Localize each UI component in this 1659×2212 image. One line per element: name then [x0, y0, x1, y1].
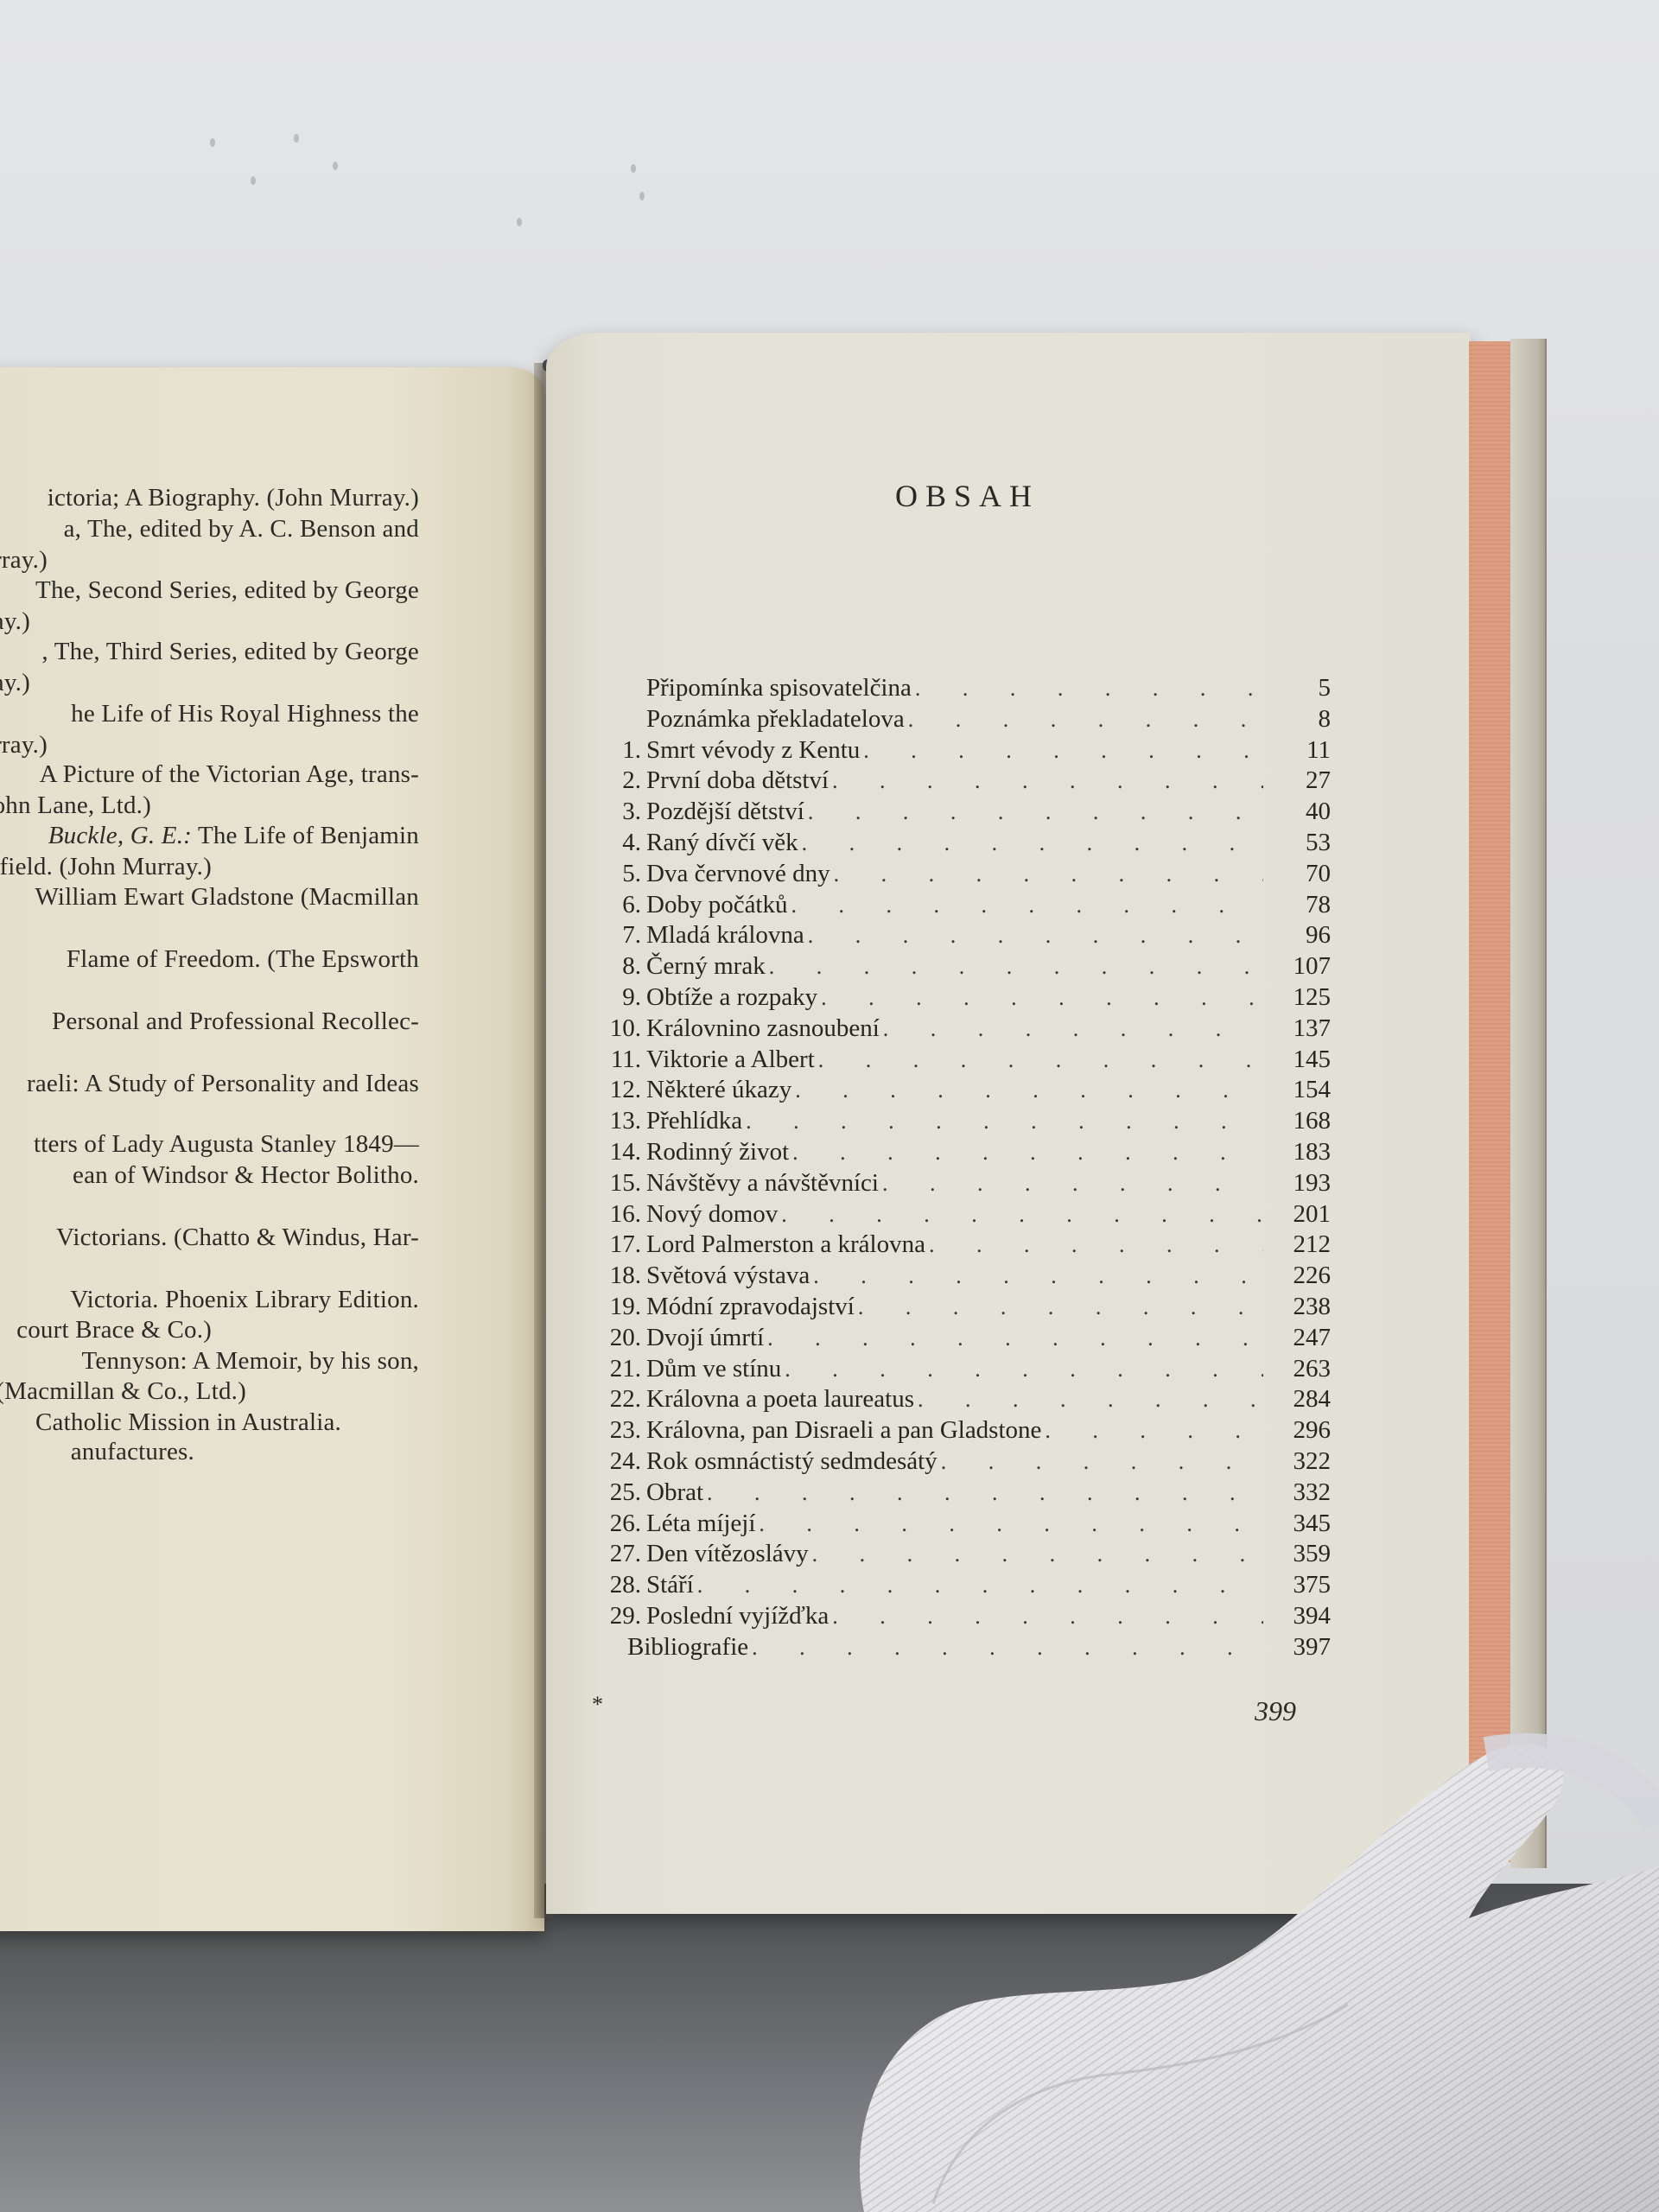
background-speck: [631, 164, 636, 173]
bibliography-line: tters of Lady Augusta Stanley 1849—: [34, 1130, 419, 1159]
toc-dot-leader: . . . . . . . . . . . . . . . . . . . . …: [812, 1541, 1263, 1567]
toc-dot-leader: . . . . . . . . . . . . . . . . . . . . …: [915, 676, 1263, 702]
toc-dot-leader: . . . . . . . . . . . . . . . . . . . . …: [858, 1294, 1263, 1320]
toc-entry: 2.První doba dětství. . . . . . . . . . …: [588, 766, 1331, 798]
toc-chapter-title: Světová výstava: [646, 1262, 810, 1290]
toc-entry: 27.Den vítězoslávy. . . . . . . . . . . …: [588, 1540, 1331, 1571]
toc-chapter-number: 25.: [588, 1478, 646, 1507]
toc-chapter-number: 4.: [588, 829, 646, 857]
toc-dot-leader: . . . . . . . . . . . . . . . . . . . . …: [802, 830, 1263, 856]
toc-dot-leader: . . . . . . . . . . . . . . . . . . . . …: [808, 923, 1263, 949]
toc-dot-leader: . . . . . . . . . . . . . . . . . . . . …: [832, 768, 1263, 794]
toc-dot-leader: . . . . . . . . . . . . . . . . . . . . …: [918, 1387, 1263, 1413]
toc-entry: 10.Královnino zasnoubení. . . . . . . . …: [588, 1014, 1331, 1046]
toc-page-number: 345: [1267, 1510, 1331, 1538]
toc-chapter-number: 27.: [588, 1540, 646, 1568]
toc-dot-leader: . . . . . . . . . . . . . . . . . . . . …: [818, 1047, 1263, 1073]
toc-chapter-number: 29.: [588, 1602, 646, 1630]
toc-dot-leader: . . . . . . . . . . . . . . . . . . . . …: [767, 1325, 1263, 1351]
toc-entry: 22.Královna a poeta laureatus. . . . . .…: [588, 1385, 1331, 1416]
toc-chapter-title: Poslední vyjížďka: [646, 1602, 829, 1630]
toc-chapter-title: Mladá královna: [646, 921, 804, 950]
toc-entry: 29.Poslední vyjížďka. . . . . . . . . . …: [588, 1602, 1331, 1633]
toc-page-number: 40: [1267, 798, 1331, 826]
toc-dot-leader: . . . . . . . . . . . . . . . . . . . . …: [1045, 1418, 1263, 1444]
toc-dot-leader: . . . . . . . . . . . . . . . . . . . . …: [908, 707, 1263, 733]
toc-chapter-title: Některé úkazy: [646, 1076, 791, 1104]
bibliography-line: Tennyson: A Memoir, by his son,: [82, 1347, 420, 1376]
toc-page-number: 183: [1267, 1138, 1331, 1166]
toc-dot-leader: . . . . . . . . . . . . . . . . . . . . …: [785, 1357, 1263, 1382]
toc-chapter-number: 12.: [588, 1076, 646, 1104]
toc-chapter-number: 20.: [588, 1324, 646, 1352]
toc-chapter-title: Dva červnové dny: [646, 860, 830, 888]
bibliography-line: The, Second Series, edited by George: [35, 576, 419, 605]
toc-page-number: 154: [1267, 1076, 1331, 1104]
toc-chapter-title: Obtíže a rozpaky: [646, 983, 817, 1012]
toc-entry: 8.Černý mrak. . . . . . . . . . . . . . …: [588, 952, 1331, 983]
background-speck: [210, 138, 215, 147]
toc-chapter-number: 5.: [588, 860, 646, 888]
toc-dot-leader: . . . . . . . . . . . . . . . . . . . . …: [707, 1480, 1263, 1506]
bibliography-line: court Brace & Co.): [16, 1316, 212, 1344]
toc-page-number: 145: [1267, 1046, 1331, 1074]
toc-page-number: 238: [1267, 1293, 1331, 1321]
toc-chapter-title: Léta míjejí: [646, 1510, 755, 1538]
toc-chapter-number: 14.: [588, 1138, 646, 1166]
toc-entry: 1.Smrt vévody z Kentu. . . . . . . . . .…: [588, 736, 1331, 767]
toc-chapter-title: Černý mrak: [646, 952, 766, 981]
toc-chapter-number: 22.: [588, 1385, 646, 1414]
toc-dot-leader: . . . . . . . . . . . . . . . . . . . . …: [792, 1140, 1263, 1166]
bibliography-line: a, The, edited by A. C. Benson and: [64, 515, 419, 543]
toc-page-number: 201: [1267, 1200, 1331, 1229]
toc-chapter-number: 28.: [588, 1571, 646, 1599]
toc-dot-leader: . . . . . . . . . . . . . . . . . . . . …: [863, 738, 1263, 764]
toc-chapter-title: Nový domov: [646, 1200, 778, 1229]
background-speck: [333, 162, 338, 170]
bibliography-line: he Life of His Royal Highness the: [71, 700, 419, 728]
toc-chapter-title: Bibliografie: [627, 1633, 748, 1662]
toc-dot-leader: . . . . . . . . . . . . . . . . . . . . …: [882, 1171, 1263, 1197]
toc-page-number: 226: [1267, 1262, 1331, 1290]
toc-dot-leader: . . . . . . . . . . . . . . . . . . . . …: [941, 1449, 1263, 1475]
toc-chapter-number: 3.: [588, 798, 646, 826]
toc-chapter-title: Módní zpravodajství: [646, 1293, 855, 1321]
toc-dot-leader: . . . . . . . . . . . . . . . . . . . . …: [929, 1232, 1263, 1258]
background-speck: [294, 134, 299, 143]
toc-entry: 6.Doby počátků. . . . . . . . . . . . . …: [588, 891, 1331, 922]
toc-entry: Bibliografie. . . . . . . . . . . . . . …: [588, 1633, 1331, 1664]
toc-chapter-number: 18.: [588, 1262, 646, 1290]
toc-chapter-title: Královnino zasnoubení: [646, 1014, 880, 1043]
toc-page-number: 125: [1267, 983, 1331, 1012]
toc-chapter-title: Královna a poeta laureatus: [646, 1385, 914, 1414]
bibliography-line: ictoria; A Biography. (John Murray.): [48, 484, 419, 512]
left-page: ictoria; A Biography. (John Murray.)a, T…: [0, 367, 544, 1931]
bibliography-line: A Picture of the Victorian Age, trans-: [40, 760, 419, 789]
toc-page-number: 11: [1267, 736, 1331, 765]
toc-page-number: 137: [1267, 1014, 1331, 1043]
toc-chapter-title: Doby počátků: [646, 891, 788, 919]
bibliography-line: William Ewart Gladstone (Macmillan: [35, 883, 419, 912]
toc-dot-leader: . . . . . . . . . . . . . . . . . . . . …: [813, 1263, 1263, 1289]
toc-chapter-number: 17.: [588, 1230, 646, 1259]
bibliography-line: Catholic Mission in Australia.: [35, 1408, 341, 1437]
toc-chapter-title: Raný dívčí věk: [646, 829, 798, 857]
toc-dot-leader: . . . . . . . . . . . . . . . . . . . . …: [746, 1109, 1263, 1135]
toc-page-number: 53: [1267, 829, 1331, 857]
toc-page-number: 212: [1267, 1230, 1331, 1259]
toc-chapter-title: Návštěvy a návštěvníci: [646, 1169, 879, 1198]
toc-chapter-number: 6.: [588, 891, 646, 919]
toc-entry: 25.Obrat. . . . . . . . . . . . . . . . …: [588, 1478, 1331, 1510]
toc-chapter-title: Stáří: [646, 1571, 694, 1599]
background-speck: [251, 176, 256, 185]
toc-entry: 11.Viktorie a Albert. . . . . . . . . . …: [588, 1046, 1331, 1077]
toc-dot-leader: . . . . . . . . . . . . . . . . . . . . …: [883, 1016, 1263, 1042]
toc-dot-leader: . . . . . . . . . . . . . . . . . . . . …: [834, 861, 1263, 887]
toc-chapter-number: 26.: [588, 1510, 646, 1538]
bibliography-line: anufactures.: [71, 1438, 194, 1466]
toc-chapter-title: Dvojí úmrtí: [646, 1324, 764, 1352]
toc-entry: 4.Raný dívčí věk. . . . . . . . . . . . …: [588, 829, 1331, 860]
bibliography-line: ean of Windsor & Hector Bolitho.: [73, 1161, 419, 1190]
toc-entry: 16.Nový domov. . . . . . . . . . . . . .…: [588, 1200, 1331, 1231]
toc-entry: 17.Lord Palmerston a královna. . . . . .…: [588, 1230, 1331, 1262]
toc-page-number: 263: [1267, 1355, 1331, 1383]
toc-page-number: 193: [1267, 1169, 1331, 1198]
toc-dot-leader: . . . . . . . . . . . . . . . . . . . . …: [752, 1635, 1263, 1661]
toc-chapter-title: Královna, pan Disraeli a pan Gladstone: [646, 1416, 1041, 1445]
bibliography-line: Personal and Professional Recollec-: [52, 1007, 419, 1036]
bibliography-line: rray.): [0, 607, 30, 636]
toc-page-number: 247: [1267, 1324, 1331, 1352]
toc-chapter-title: Připomínka spisovatelčina: [646, 674, 912, 702]
toc-chapter-title: Viktorie a Albert: [646, 1046, 815, 1074]
toc-dot-leader: . . . . . . . . . . . . . . . . . . . . …: [697, 1573, 1263, 1599]
toc-page-number: 394: [1267, 1602, 1331, 1630]
background-speck: [639, 192, 645, 200]
toc-chapter-title: Den vítězoslávy: [646, 1540, 809, 1568]
toc-chapter-number: 13.: [588, 1107, 646, 1135]
bibliography-line: sfield. (John Murray.): [0, 853, 212, 881]
background-speck: [517, 218, 522, 226]
toc-dot-leader: . . . . . . . . . . . . . . . . . . . . …: [781, 1202, 1263, 1228]
toc-entry: 23.Královna, pan Disraeli a pan Gladston…: [588, 1416, 1331, 1447]
toc-entry: Poznámka překladatelova. . . . . . . . .…: [588, 705, 1331, 736]
bibliography-line: (John Lane, Ltd.): [0, 791, 151, 820]
toc-page-number: 5: [1267, 674, 1331, 702]
toc-chapter-number: 21.: [588, 1355, 646, 1383]
toc-chapter-number: 19.: [588, 1293, 646, 1321]
toc-entry: Připomínka spisovatelčina. . . . . . . .…: [588, 674, 1331, 705]
toc-entry: 15.Návštěvy a návštěvníci. . . . . . . .…: [588, 1169, 1331, 1200]
toc-entry: 7.Mladá královna. . . . . . . . . . . . …: [588, 921, 1331, 952]
toc-page-number: 27: [1267, 766, 1331, 795]
toc-entry: 5.Dva červnové dny. . . . . . . . . . . …: [588, 860, 1331, 891]
toc-entry: 14.Rodinný život. . . . . . . . . . . . …: [588, 1138, 1331, 1169]
toc-page-number: 8: [1267, 705, 1331, 734]
toc-page-number: 70: [1267, 860, 1331, 888]
toc-chapter-number: 2.: [588, 766, 646, 795]
toc-page-number: 332: [1267, 1478, 1331, 1507]
toc-chapter-number: 11.: [588, 1046, 646, 1074]
toc-dot-leader: . . . . . . . . . . . . . . . . . . . . …: [821, 985, 1263, 1011]
toc-entry: 3.Pozdější dětství. . . . . . . . . . . …: [588, 798, 1331, 829]
toc-dot-leader: . . . . . . . . . . . . . . . . . . . . …: [769, 954, 1263, 980]
toc-page-number: 284: [1267, 1385, 1331, 1414]
toc-chapter-title: Rodinný život: [646, 1138, 789, 1166]
toc-entry: 28.Stáří. . . . . . . . . . . . . . . . …: [588, 1571, 1331, 1602]
toc-entry: 26.Léta míjejí. . . . . . . . . . . . . …: [588, 1510, 1331, 1541]
footer-asterisk: *: [592, 1692, 603, 1718]
bibliography-line: , The, Third Series, edited by George: [41, 638, 419, 666]
toc-page-number: 375: [1267, 1571, 1331, 1599]
toc-chapter-title: Pozdější dětství: [646, 798, 804, 826]
toc-page-number: 78: [1267, 891, 1331, 919]
toc-chapter-title: Obrat: [646, 1478, 703, 1507]
toc-dot-leader: . . . . . . . . . . . . . . . . . . . . …: [832, 1604, 1263, 1630]
bibliography-line: Murray.): [0, 731, 48, 760]
toc-dot-leader: . . . . . . . . . . . . . . . . . . . . …: [759, 1511, 1263, 1537]
toc-chapter-number: 24.: [588, 1447, 646, 1476]
toc-chapter-title: Dům ve stínu: [646, 1355, 781, 1383]
toc-chapter-title: Lord Palmerston a královna: [646, 1230, 925, 1259]
bibliography-line: Murray.): [0, 546, 48, 575]
toc-chapter-number: 16.: [588, 1200, 646, 1229]
toc-entry: 9.Obtíže a rozpaky. . . . . . . . . . . …: [588, 983, 1331, 1014]
bibliography-line: Victorians. (Chatto & Windus, Har-: [56, 1224, 419, 1252]
toc-chapter-title: Přehlídka: [646, 1107, 742, 1135]
toc-chapter-number: 1.: [588, 736, 646, 765]
toc-chapter-title: Smrt vévody z Kentu: [646, 736, 860, 765]
toc-entry: 24.Rok osmnáctistý sedmdesátý. . . . . .…: [588, 1447, 1331, 1478]
toc-chapter-title: Poznámka překladatelova: [646, 705, 905, 734]
toc-page-number: 359: [1267, 1540, 1331, 1568]
toc-entry: 12.Některé úkazy. . . . . . . . . . . . …: [588, 1076, 1331, 1107]
toc-entry: 18.Světová výstava. . . . . . . . . . . …: [588, 1262, 1331, 1293]
toc-entry: 21.Dům ve stínu. . . . . . . . . . . . .…: [588, 1355, 1331, 1386]
toc-dot-leader: . . . . . . . . . . . . . . . . . . . . …: [795, 1077, 1263, 1103]
toc-dot-leader: . . . . . . . . . . . . . . . . . . . . …: [808, 799, 1263, 825]
toc-page-number: 168: [1267, 1107, 1331, 1135]
toc-page-number: 107: [1267, 952, 1331, 981]
toc-entry: 20.Dvojí úmrtí. . . . . . . . . . . . . …: [588, 1324, 1331, 1355]
toc-chapter-number: 8.: [588, 952, 646, 981]
toc-chapter-number: 23.: [588, 1416, 646, 1445]
toc-entry: 19.Módní zpravodajství. . . . . . . . . …: [588, 1293, 1331, 1324]
bibliography-line: Flame of Freedom. (The Epsworth: [67, 945, 419, 974]
toc-chapter-number: 7.: [588, 921, 646, 950]
toc-page-number: 397: [1267, 1633, 1331, 1662]
cover-board-marbled: [1510, 339, 1547, 1868]
toc-page-number: 96: [1267, 921, 1331, 950]
white-glove-hand: [829, 1719, 1659, 2212]
bibliography-line: rray.): [0, 669, 30, 697]
toc-chapter-title: Rok osmnáctistý sedmdesátý: [646, 1447, 938, 1476]
bibliography-line: . (Macmillan & Co., Ltd.): [0, 1377, 246, 1406]
toc-page-number: 322: [1267, 1447, 1331, 1476]
toc-chapter-number: 9.: [588, 983, 646, 1012]
bibliography-line: Victoria. Phoenix Library Edition.: [70, 1286, 419, 1314]
toc-chapter-number: 10.: [588, 1014, 646, 1043]
toc-entry: 13.Přehlídka. . . . . . . . . . . . . . …: [588, 1107, 1331, 1138]
bibliography-line: Buckle, G. E.: The Life of Benjamin: [48, 822, 419, 850]
toc-chapter-title: První doba dětství: [646, 766, 829, 795]
toc-chapter-number: 15.: [588, 1169, 646, 1198]
page-title: OBSAH: [895, 478, 1039, 514]
cover-edge-orange: [1469, 341, 1512, 1862]
toc-dot-leader: . . . . . . . . . . . . . . . . . . . . …: [791, 893, 1264, 918]
toc-page-number: 296: [1267, 1416, 1331, 1445]
bibliography-line: raeli: A Study of Personality and Ideas: [27, 1070, 419, 1098]
